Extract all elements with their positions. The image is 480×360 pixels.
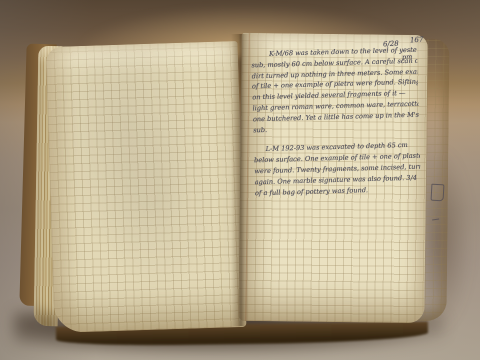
binding-gutter (231, 34, 249, 326)
left-page-blank (46, 41, 247, 333)
journal-entry-2: L-M 192-93 was excavated to depth 65 cm … (254, 140, 421, 199)
handwritten-notes: K-M/68 was taken down to the level of ye… (251, 45, 421, 199)
page-number: 167 (410, 36, 424, 45)
ink-show-through (46, 41, 247, 333)
photograph: 6/28 167 pm K-M/68 was taken down to the… (0, 0, 480, 360)
pencil-sketch-rectangle (431, 184, 445, 202)
journal-entry-1: K-M/68 was taken down to the level of ye… (251, 45, 419, 136)
